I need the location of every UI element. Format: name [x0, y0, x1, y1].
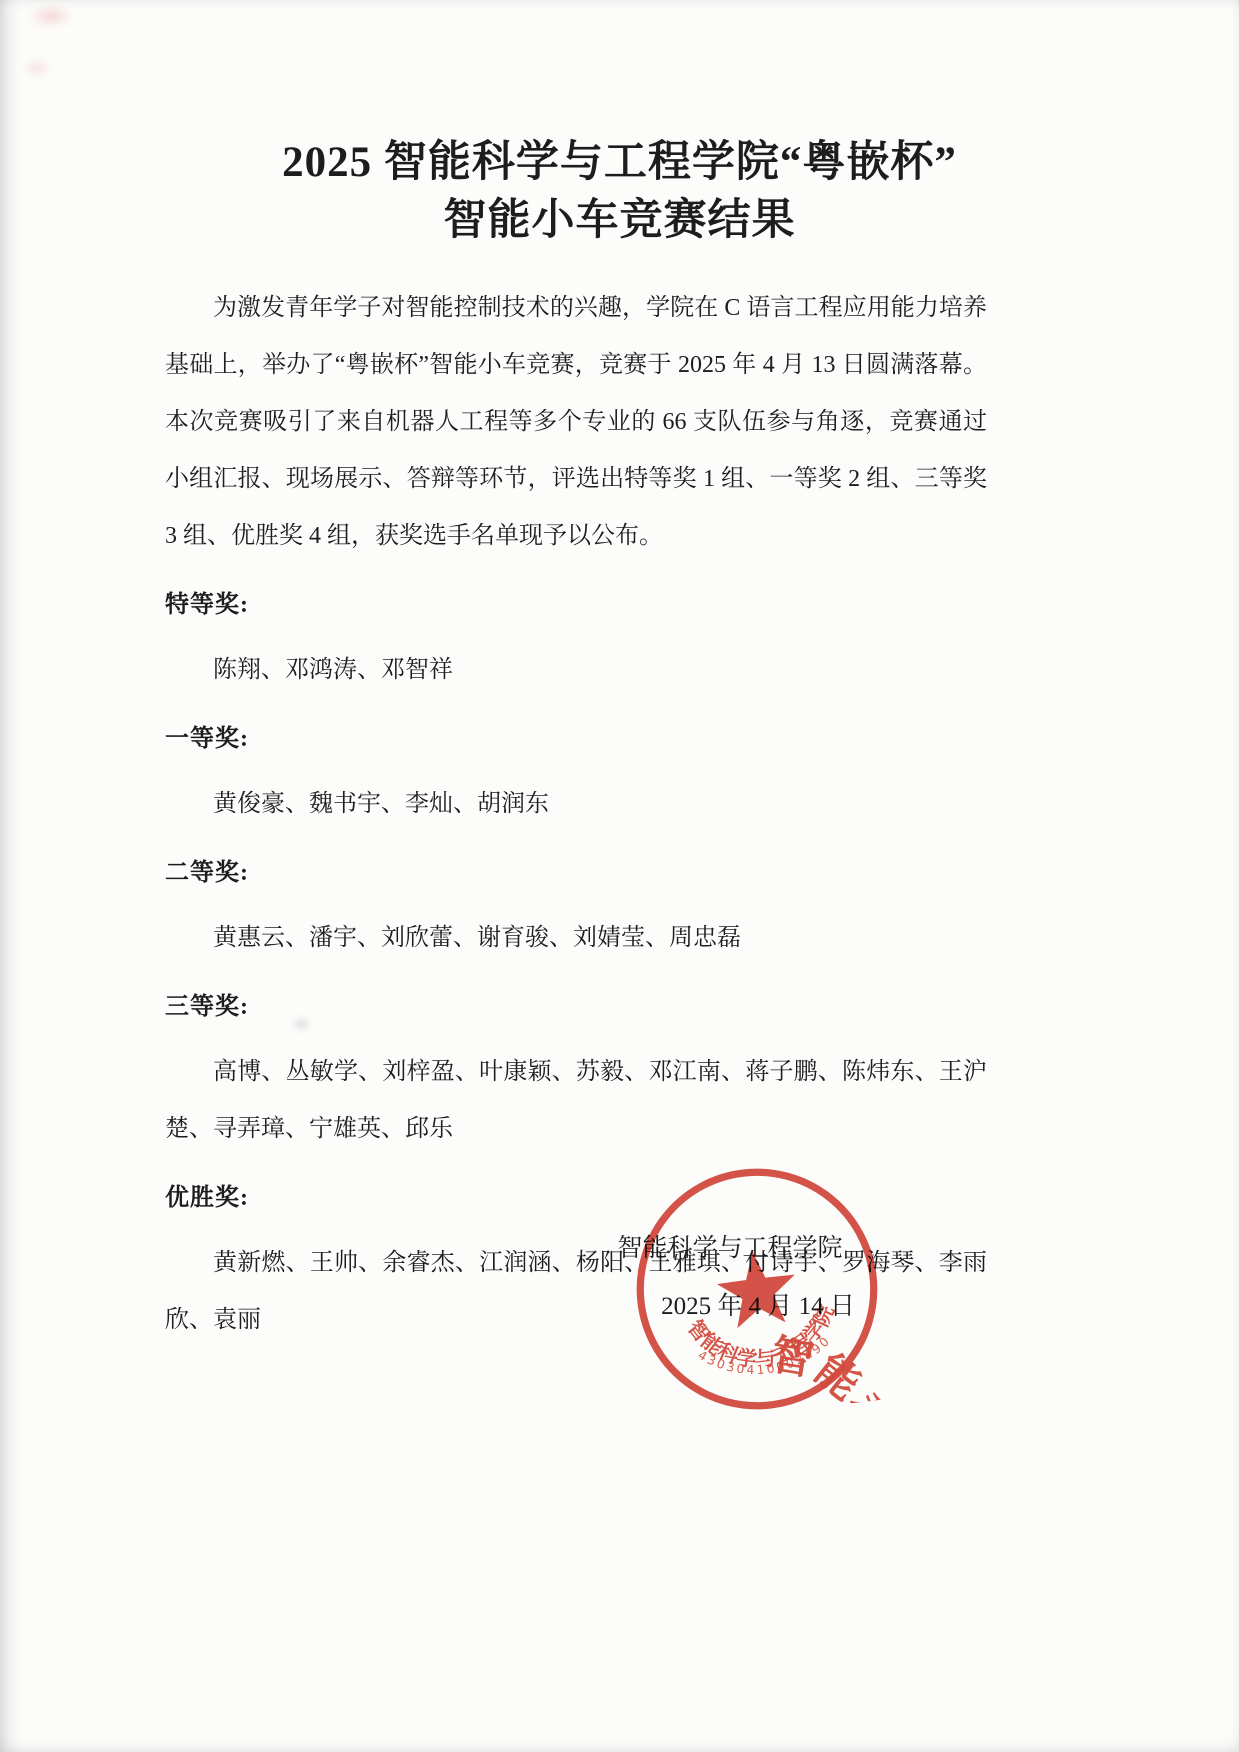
award-label-third: 三等奖:	[165, 979, 987, 1036]
award-section-second: 二等奖: 黄惠云、潘宇、刘欣蕾、谢育骏、刘婧莹、周忠磊	[165, 845, 987, 967]
award-section-third: 三等奖: 高博、丛敏学、刘梓盈、叶康颖、苏毅、邓江南、蒋子鹏、陈炜东、王沪楚、寻…	[165, 979, 987, 1158]
intro-paragraph: 为激发青年学子对智能控制技术的兴趣，学院在 C 语言工程应用能力培养基础上，举办…	[165, 280, 987, 565]
document-title: 2025 智能科学与工程学院“粤嵌杯” 智能小车竞赛结果	[0, 0, 1239, 250]
award-section-special: 特等奖: 陈翔、邓鸿涛、邓智祥	[165, 577, 987, 699]
award-label-first: 一等奖:	[165, 711, 987, 768]
official-seal-stamp: 智能科学与工程学院 智能科学与工程学院 43030410002490	[618, 1150, 897, 1429]
award-names-second: 黄惠云、潘宇、刘欣蕾、谢育骏、刘婧莹、周忠磊	[165, 910, 987, 967]
award-names-first: 黄俊豪、魏书宇、李灿、胡润东	[165, 776, 987, 833]
seal-star-icon	[713, 1246, 800, 1330]
document-title-line2: 智能小车竞赛结果	[0, 192, 1239, 250]
document-title-line1: 2025 智能科学与工程学院“粤嵌杯”	[0, 134, 1239, 192]
award-names-special: 陈翔、邓鸿涛、邓智祥	[165, 642, 987, 699]
award-label-special: 特等奖:	[165, 577, 987, 634]
scanned-document-page: 2025 智能科学与工程学院“粤嵌杯” 智能小车竞赛结果 为激发青年学子对智能控…	[0, 0, 1239, 1752]
award-label-second: 二等奖:	[165, 845, 987, 902]
award-section-first: 一等奖: 黄俊豪、魏书宇、李灿、胡润东	[165, 711, 987, 833]
award-names-third: 高博、丛敏学、刘梓盈、叶康颖、苏毅、邓江南、蒋子鹏、陈炜东、王沪楚、寻弄璋、宁雄…	[165, 1044, 987, 1158]
